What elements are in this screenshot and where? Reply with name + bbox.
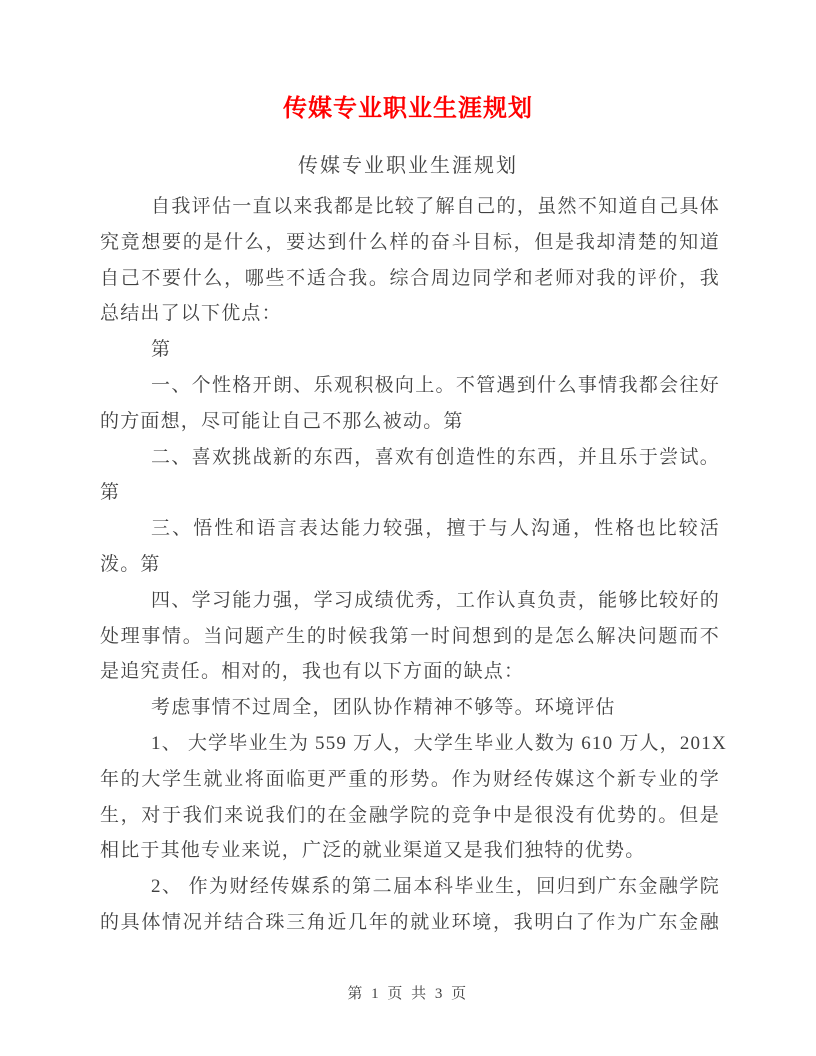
document-subtitle: 传媒专业职业生涯规划 (0, 156, 816, 176)
text-line: 第 (100, 332, 720, 368)
text-line: 是追究责任。相对的，我也有以下方面的缺点： (100, 654, 720, 690)
text-line: 的具体情况并结合珠三角近几年的就业环境，我明白了作为广东金融 (100, 905, 720, 941)
text-line: 二、喜欢挑战新的东西，喜欢有创造性的东西，并且乐于尝试。 (100, 440, 720, 476)
text-line: 的方面想，尽可能让自己不那么被动。第 (100, 404, 720, 440)
document-page: 传媒专业职业生涯规划 传媒专业职业生涯规划 自我评估一直以来我都是比较了解自己的… (0, 0, 816, 1056)
text-line: 三、悟性和语言表达能力较强，擅于与人沟通，性格也比较活 (100, 511, 720, 547)
text-line: 第 (100, 475, 720, 511)
text-line: 考虑事情不过周全，团队协作精神不够等。环境评估 (100, 690, 720, 726)
text-line: 四、学习能力强，学习成绩优秀，工作认真负责，能够比较好的 (100, 583, 720, 619)
text-line: 1、 大学毕业生为 559 万人，大学生毕业人数为 610 万人，201X (100, 726, 720, 762)
text-line: 生，对于我们来说我们的在金融学院的竞争中是很没有优势的。但是 (100, 798, 720, 834)
text-line: 一、个性格开朗、乐观积极向上。不管遇到什么事情我都会往好 (100, 368, 720, 404)
text-line: 2、 作为财经传媒系的第二届本科毕业生，回归到广东金融学院 (100, 869, 720, 905)
text-line: 自我评估一直以来我都是比较了解自己的，虽然不知道自己具体 (100, 189, 720, 225)
text-line: 究竟想要的是什么，要达到什么样的奋斗目标，但是我却清楚的知道 (100, 225, 720, 261)
text-line: 处理事情。当问题产生的时候我第一时间想到的是怎么解决问题而不 (100, 619, 720, 655)
text-line: 总结出了以下优点： (100, 296, 720, 332)
document-body: 自我评估一直以来我都是比较了解自己的，虽然不知道自己具体究竟想要的是什么，要达到… (100, 189, 720, 941)
text-line: 自己不要什么，哪些不适合我。综合周边同学和老师对我的评价，我 (100, 261, 720, 297)
text-line: 相比于其他专业来说，广泛的就业渠道又是我们独特的优势。 (100, 833, 720, 869)
text-line: 泼。第 (100, 547, 720, 583)
text-line: 年的大学生就业将面临更严重的形势。作为财经传媒这个新专业的学 (100, 762, 720, 798)
document-title: 传媒专业职业生涯规划 (0, 97, 816, 121)
page-number-footer: 第 1 页 共 3 页 (0, 987, 816, 1002)
